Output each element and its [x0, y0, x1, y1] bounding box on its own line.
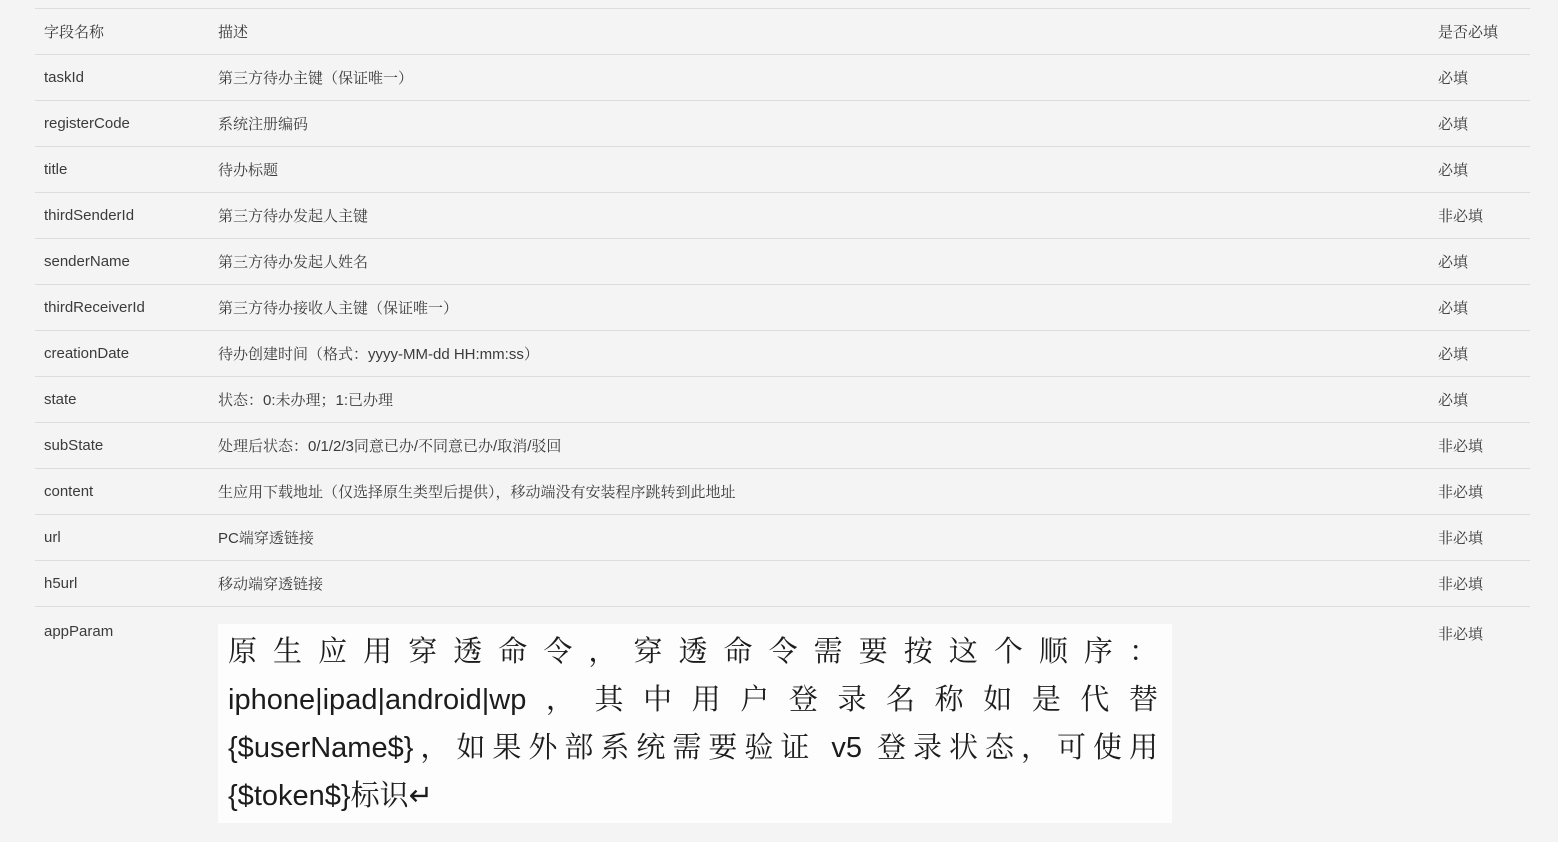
- table-row: subState处理后状态：0/1/2/3同意已办/不同意已办/取消/驳回非必填: [35, 422, 1530, 468]
- description-cell: 处理后状态：0/1/2/3同意已办/不同意已办/取消/驳回: [218, 435, 1438, 456]
- required-cell: 必填: [1438, 343, 1530, 364]
- table-row: title待办标题必填: [35, 146, 1530, 192]
- document-page: 字段名称 描述 是否必填 taskId第三方待办主键（保证唯一）必填regist…: [0, 0, 1558, 842]
- required-cell: 必填: [1438, 297, 1530, 318]
- table-row: content生应用下载地址（仅选择原生类型后提供），移动端没有安装程序跳转到此…: [35, 468, 1530, 514]
- table-row: thirdReceiverId第三方待办接收人主键（保证唯一）必填: [35, 284, 1530, 330]
- description-cell: 第三方待办主键（保证唯一）: [218, 67, 1438, 88]
- required-cell: 非必填: [1438, 481, 1530, 502]
- field-name-cell: senderName: [35, 253, 218, 270]
- field-name-cell: thirdSenderId: [35, 207, 218, 224]
- field-name-cell: subState: [35, 437, 218, 454]
- field-name-cell: url: [35, 529, 218, 546]
- description-cell: 第三方待办发起人姓名: [218, 251, 1438, 272]
- embedded-image-text-line: {$token$}标识↵: [228, 772, 1158, 820]
- header-required: 是否必填: [1438, 21, 1530, 42]
- header-field-name: 字段名称: [35, 21, 218, 42]
- embedded-image-text-line: {$userName$}，如果外部系统需要验证 v5 登录状态，可使用: [228, 724, 1158, 772]
- required-cell: 非必填: [1438, 573, 1530, 594]
- table-row: urlPC端穿透链接非必填: [35, 514, 1530, 560]
- description-cell: 移动端穿透链接: [218, 573, 1438, 594]
- required-cell: 必填: [1438, 67, 1530, 88]
- required-cell: 必填: [1438, 389, 1530, 410]
- table-row: taskId第三方待办主键（保证唯一）必填: [35, 54, 1530, 100]
- header-description: 描述: [218, 21, 1438, 42]
- field-name-cell: appParam: [35, 607, 218, 640]
- description-cell: 待办创建时间（格式：yyyy-MM-dd HH:mm:ss）: [218, 343, 1438, 364]
- required-cell: 必填: [1438, 251, 1530, 272]
- description-cell: 原生应用穿透命令，穿透命令需要按这个顺序：iphone|ipad|android…: [218, 607, 1438, 823]
- table-row: appParam原生应用穿透命令，穿透命令需要按这个顺序：iphone|ipad…: [35, 606, 1530, 823]
- field-name-cell: h5url: [35, 575, 218, 592]
- table-row: creationDate待办创建时间（格式：yyyy-MM-dd HH:mm:s…: [35, 330, 1530, 376]
- field-name-cell: registerCode: [35, 115, 218, 132]
- field-name-cell: state: [35, 391, 218, 408]
- table-header-row: 字段名称 描述 是否必填: [35, 8, 1530, 54]
- required-cell: 必填: [1438, 159, 1530, 180]
- table-row: state状态：0:未办理；1:已办理必填: [35, 376, 1530, 422]
- table-row: h5url移动端穿透链接非必填: [35, 560, 1530, 606]
- field-name-cell: thirdReceiverId: [35, 299, 218, 316]
- field-name-cell: title: [35, 161, 218, 178]
- embedded-image-text-line: iphone|ipad|android|wp，其中用户登录名称如是代替: [228, 676, 1158, 724]
- required-cell: 非必填: [1438, 205, 1530, 226]
- field-name-cell: taskId: [35, 69, 218, 86]
- field-table: 字段名称 描述 是否必填 taskId第三方待办主键（保证唯一）必填regist…: [35, 8, 1530, 823]
- description-cell: 生应用下载地址（仅选择原生类型后提供），移动端没有安装程序跳转到此地址: [218, 481, 1438, 502]
- field-name-cell: creationDate: [35, 345, 218, 362]
- description-cell: PC端穿透链接: [218, 527, 1438, 548]
- required-cell: 非必填: [1438, 435, 1530, 456]
- description-cell: 系统注册编码: [218, 113, 1438, 134]
- table-row: senderName第三方待办发起人姓名必填: [35, 238, 1530, 284]
- description-cell: 第三方待办发起人主键: [218, 205, 1438, 226]
- required-cell: 非必填: [1438, 607, 1530, 644]
- field-name-cell: content: [35, 483, 218, 500]
- description-cell: 第三方待办接收人主键（保证唯一）: [218, 297, 1438, 318]
- table-row: thirdSenderId第三方待办发起人主键非必填: [35, 192, 1530, 238]
- table-row: registerCode系统注册编码必填: [35, 100, 1530, 146]
- description-cell: 待办标题: [218, 159, 1438, 180]
- description-cell: 状态：0:未办理；1:已办理: [218, 389, 1438, 410]
- required-cell: 必填: [1438, 113, 1530, 134]
- required-cell: 非必填: [1438, 527, 1530, 548]
- app-param-embedded-image: 原生应用穿透命令，穿透命令需要按这个顺序：iphone|ipad|android…: [218, 624, 1172, 823]
- table-body: taskId第三方待办主键（保证唯一）必填registerCode系统注册编码必…: [35, 54, 1530, 823]
- embedded-image-text-line: 原生应用穿透命令，穿透命令需要按这个顺序：: [228, 628, 1158, 676]
